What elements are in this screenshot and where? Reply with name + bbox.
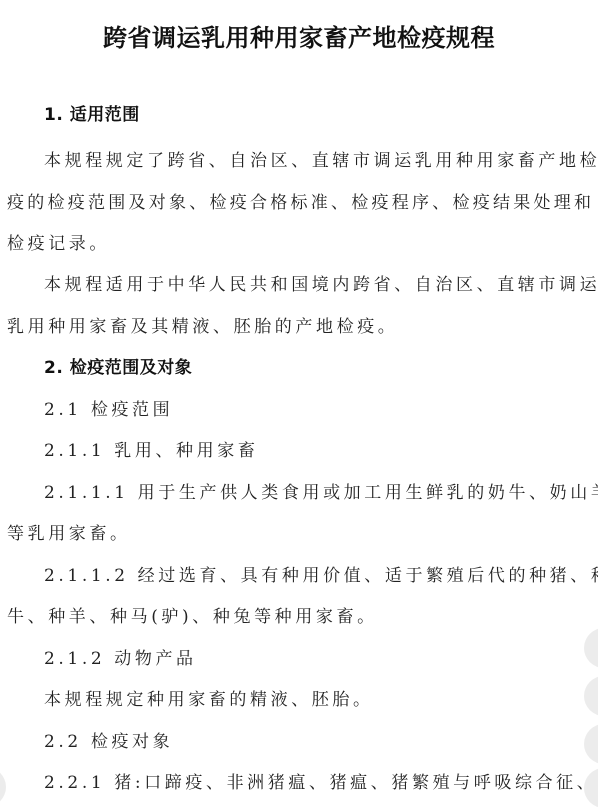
edge-shadow-decoration: [584, 628, 598, 668]
edge-shadow-decoration: [584, 724, 598, 764]
paragraph-line: 2.1.1.1 用于生产供人类食用或加工用生鲜乳的奶牛、奶山羊: [44, 478, 598, 503]
edge-shadow-decoration: [584, 676, 598, 716]
paragraph-line: 检疫记录。: [7, 229, 110, 254]
subheading-2-1-2: 2.1.2 动物产品: [44, 644, 197, 669]
paragraph-line: 本规程规定种用家畜的精液、胚胎。: [44, 685, 374, 710]
subheading-2-1: 2.1 检疫范围: [44, 395, 173, 420]
paragraph-line: 乳用种用家畜及其精液、胚胎的产地检疫。: [7, 312, 398, 337]
paragraph-line: 本规程规定了跨省、自治区、直辖市调运乳用种用家畜产地检: [44, 146, 598, 171]
paragraph-line: 牛、种羊、种马(驴)、种兔等种用家畜。: [7, 602, 378, 627]
paragraph-line: 2.2.1 猪:口蹄疫、非洲猪瘟、猪瘟、猪繁殖与呼吸综合征、炭: [44, 768, 598, 793]
paragraph-line: 2.1.1.2 经过选育、具有种用价值、适于繁殖后代的种猪、种: [44, 561, 598, 586]
paragraph-line: 本规程适用于中华人民共和国境内跨省、自治区、直辖市调运: [44, 270, 598, 295]
edge-shadow-decoration: [0, 767, 6, 807]
document-page: 跨省调运乳用种用家畜产地检疫规程 1. 适用范围 本规程规定了跨省、自治区、直辖…: [0, 0, 598, 807]
subheading-2-1-1: 2.1.1 乳用、种用家畜: [44, 436, 258, 461]
paragraph-line: 等乳用家畜。: [7, 519, 131, 544]
document-title: 跨省调运乳用种用家畜产地检疫规程: [0, 18, 598, 53]
subheading-2-2: 2.2 检疫对象: [44, 727, 173, 752]
section-2-heading: 2. 检疫范围及对象: [44, 353, 192, 378]
paragraph-line: 疫的检疫范围及对象、检疫合格标准、检疫程序、检疫结果处理和: [7, 188, 591, 213]
section-1-heading: 1. 适用范围: [44, 100, 140, 125]
